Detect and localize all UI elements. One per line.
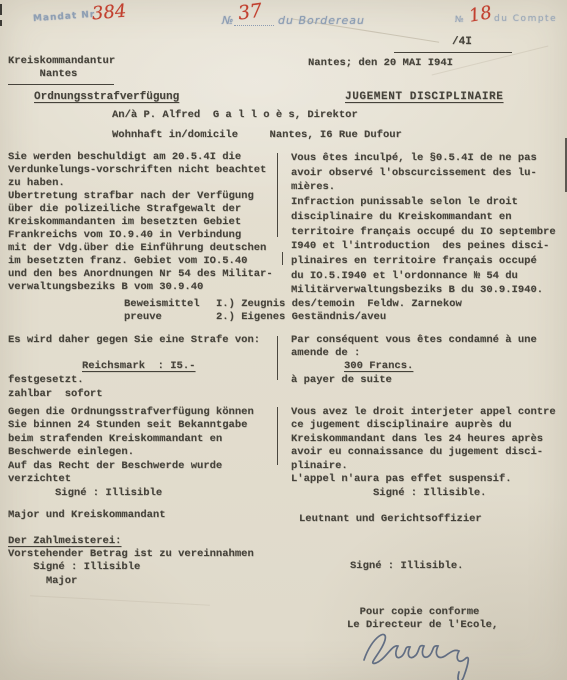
penalty-amount-german: Reichsmark : I5.- (82, 360, 195, 373)
appeal-paragraph-french: Vous avez le droit interjeter appel cont… (291, 406, 567, 486)
signatory-role-german: Major und Kreiskommandant (8, 509, 166, 522)
penalty-intro-french: Par conséquent vous êtes condamné à une … (291, 334, 565, 361)
addressee-line: An/à P. Alfred G a l l o è s, Direktor (112, 109, 358, 122)
column-divider (277, 407, 278, 465)
penalty-payable-german: zahlbar sofort (8, 388, 103, 401)
column-divider-mark (282, 252, 283, 265)
dateline: Nantes; den 20 MAI I94I (308, 57, 453, 70)
bordereau-number-handwritten: 37 (237, 0, 264, 25)
treasury-heading: Der Zahlmeisterei: (8, 535, 121, 548)
handwritten-signature (352, 624, 502, 680)
bordereau-no-symbol: № (222, 14, 234, 27)
dossier-ref-underline (394, 52, 512, 53)
residence-line: Wohnhaft in/domicile Nantes, I6 Rue Dufo… (112, 129, 402, 142)
column-divider (277, 336, 278, 380)
signature-note-german: Signé : Illisible (55, 487, 162, 500)
paper-crease (30, 595, 210, 605)
evidence-labels: Beweismittel preuve (124, 298, 200, 325)
penalty-payable-french: à payer de suite (291, 374, 392, 387)
column-divider (277, 153, 278, 237)
signature-note-right: Signé : Illisible. (350, 560, 463, 573)
penalty-intro-german: Es wird daher gegen Sie eine Strafe von: (8, 334, 260, 347)
charge-paragraph-german: Sie werden beschuldigt am 20.5.4I die Ve… (8, 151, 278, 294)
mandat-stamp: Mandat Nr (33, 10, 96, 24)
compte-no-symbol: № (455, 15, 464, 25)
office-underline (8, 84, 114, 85)
title-german: Ordnungsstrafverfügung (34, 91, 179, 104)
treasury-body: Vorstehender Betrag ist zu vereinnahmen … (8, 548, 254, 588)
title-french: JUGEMENT DISCIPLINAIRE (345, 91, 503, 104)
signatory-role-french: Leutnant und Gerichtsoffizier (299, 513, 482, 526)
compte-number-handwritten: 18 (467, 2, 493, 27)
bordereau-dotted-line (234, 25, 274, 26)
evidence-items: I.) Zeugnis des/temoin Feldw. Zarnekow 2… (216, 298, 462, 325)
issuing-office: Kreiskommandantur Nantes (8, 55, 115, 82)
compte-stamp: du Compte (494, 14, 557, 24)
document-page: Mandat Nr 384 № 37 du Bordereau № 18 du … (0, 0, 567, 680)
signature-note-french: Signé : Illisible. (373, 487, 486, 500)
appeal-paragraph-german: Gegen die Ordnungsstrafverfügung können … (8, 406, 278, 486)
mandat-number-handwritten: 384 (91, 1, 127, 25)
dossier-ref: /4I (452, 36, 472, 49)
bordereau-stamp: du Bordereau (278, 14, 365, 27)
charge-paragraph-french: Vous êtes inculpé, le §0.5.4I de ne pas … (291, 151, 565, 298)
scan-edge-mark (0, 4, 2, 15)
penalty-amount-french: 300 Francs. (344, 360, 413, 373)
scan-edge-mark (0, 20, 2, 26)
penalty-fixed-german: festgesetzt. (8, 374, 84, 387)
